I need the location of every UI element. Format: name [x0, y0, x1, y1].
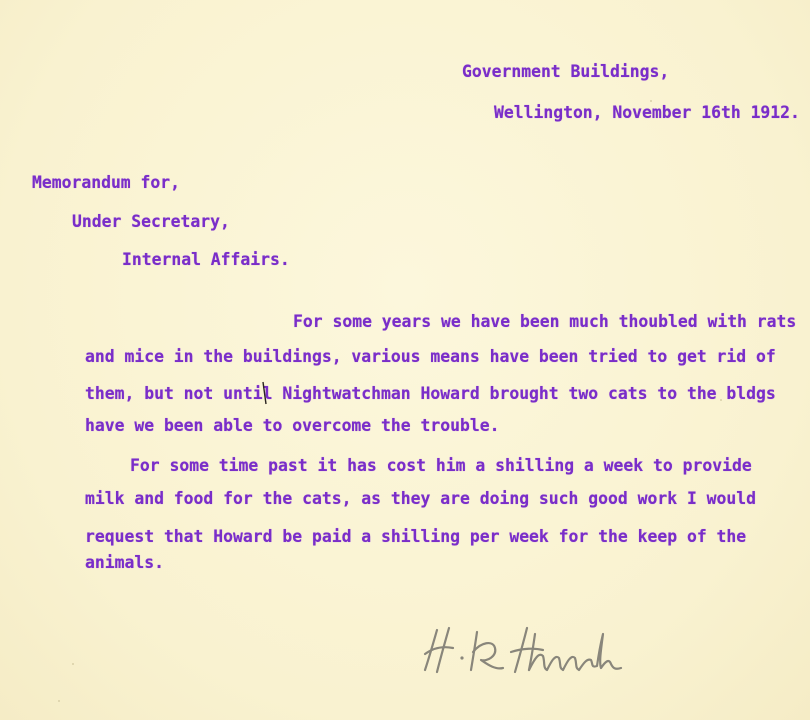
paper-speck	[72, 663, 74, 665]
handwritten-signature: H. H. Hannah	[415, 612, 625, 682]
paragraph-line: have we been able to overcome the troubl…	[85, 416, 499, 436]
paragraph-line: For some years we have been much thouble…	[293, 312, 796, 332]
paragraph-line: animals.	[85, 553, 164, 573]
paragraph-line: For some time past it has cost him a shi…	[130, 456, 752, 476]
paragraph-line: request that Howard be paid a shilling p…	[85, 527, 746, 547]
paragraph-line: milk and food for the cats, as they are …	[85, 489, 756, 509]
paper-speck	[650, 100, 652, 102]
paper-speck	[58, 700, 60, 702]
recipient-title: Under Secretary,	[72, 212, 230, 232]
paragraph-line: them, but not until Nightwatchman Howard…	[85, 384, 776, 404]
address-line: Government Buildings,	[462, 62, 669, 82]
recipient-department: Internal Affairs.	[122, 250, 290, 270]
pen-correction-mark	[260, 380, 270, 406]
place-date-line: Wellington, November 16th 1912.	[494, 103, 800, 123]
paragraph-line: and mice in the buildings, various means…	[85, 347, 776, 367]
memorandum-salutation: Memorandum for,	[32, 173, 180, 193]
